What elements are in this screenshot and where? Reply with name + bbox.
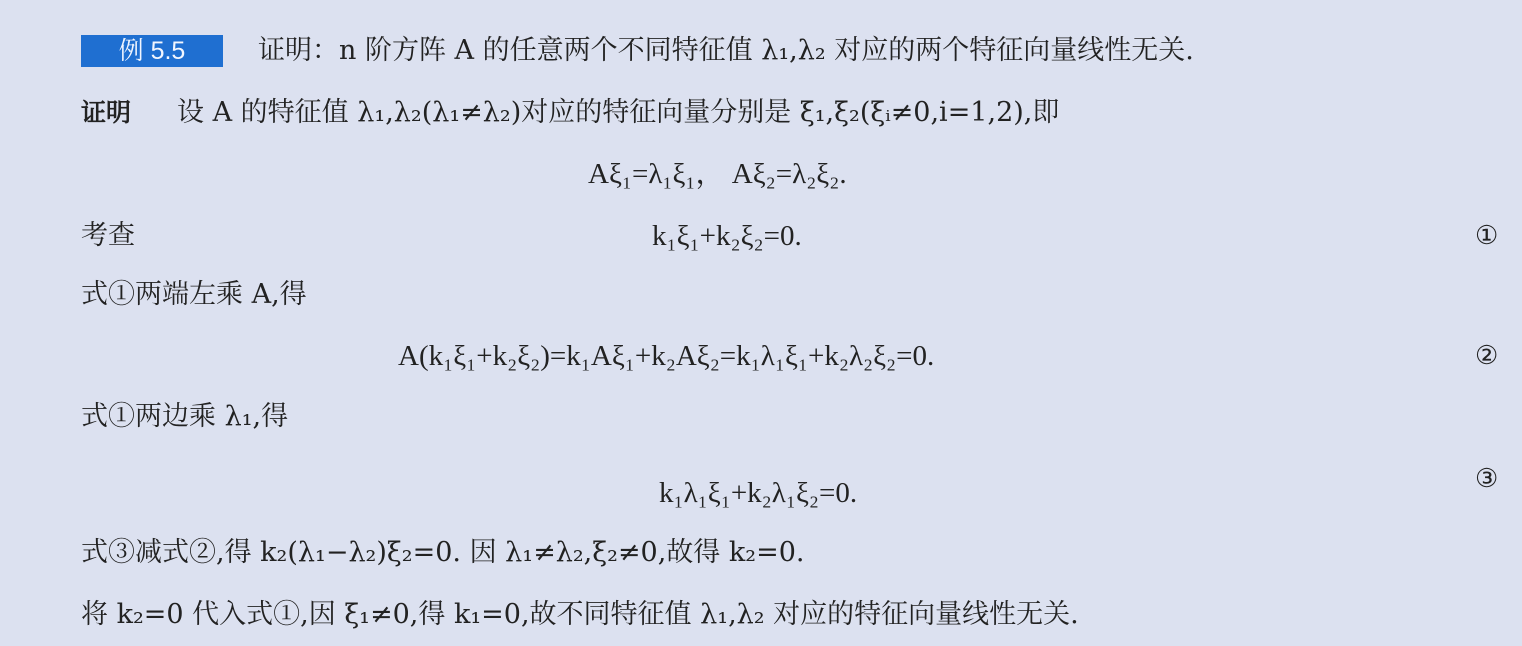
proof-intro-text: 设 A 的特征值 λ₁,λ₂(λ₁≠λ₂)对应的特征向量分别是 ξ₁,ξ₂(ξᵢ… xyxy=(177,97,1059,128)
consider-label: 考查 xyxy=(81,219,135,253)
equation-2: A(k₁ξ₁+k₂ξ₂)=k₁Aξ₁+k₂Aξ₂=k₁λ₁ξ₁+k₂λ₂ξ₂=0… xyxy=(398,339,934,373)
conclusion-text: 将 k₂=0 代入式①,因 ξ₁≠0,得 k₁=0,故不同特征值 λ₁,λ₂ 对… xyxy=(81,598,1079,632)
proof-intro-line: 证明设 A 的特征值 λ₁,λ₂(λ₁≠λ₂)对应的特征向量分别是 ξ₁,ξ₂(… xyxy=(81,96,1059,130)
example-statement: 证明：n 阶方阵 A 的任意两个不同特征值 λ₁,λ₂ 对应的两个特征向量线性无… xyxy=(258,34,1194,68)
step-4-text: 式③减式②,得 k₂(λ₁−λ₂)ξ₂=0. 因 λ₁≠λ₂,ξ₂≠0,故得 k… xyxy=(81,536,804,570)
equation-3: k₁λ₁ξ₁+k₂λ₁ξ₂=0. xyxy=(659,476,857,510)
equation-1: k₁ξ₁+k₂ξ₂=0. xyxy=(652,219,802,253)
proof-heading: 证明 xyxy=(81,98,131,127)
example-label-badge: 例 5.5 xyxy=(81,35,223,67)
equation-number-2: ② xyxy=(1475,339,1498,373)
eigen-definition-equations: Aξ₁=λ₁ξ₁， Aξ₂=λ₂ξ₂. xyxy=(588,157,847,191)
equation-number-3: ③ xyxy=(1475,462,1498,496)
step-2-text: 式①两端左乘 A,得 xyxy=(81,278,307,312)
step-3-text: 式①两边乘 λ₁,得 xyxy=(81,400,288,434)
equation-number-1: ① xyxy=(1475,219,1498,253)
